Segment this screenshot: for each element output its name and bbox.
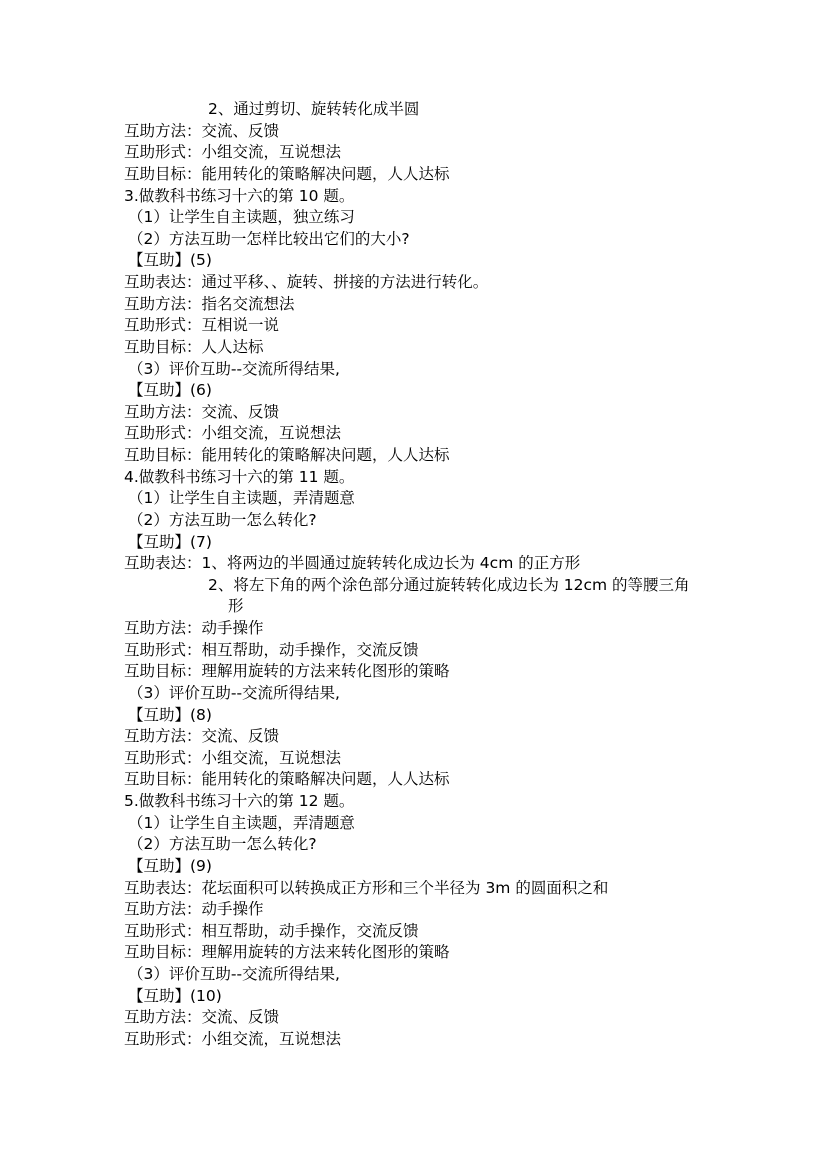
field-value: 互相说一说 xyxy=(202,316,280,334)
sub-item-line: 【互助】(5) xyxy=(124,250,724,272)
field-line: 互助方法：交流、反馈 xyxy=(124,402,724,424)
field-line: 互助形式：小组交流，互说想法 xyxy=(124,423,724,445)
field-line: 互助形式：相互帮助，动手操作，交流反馈 xyxy=(124,640,724,662)
field-line: 互助目标：理解用旋转的方法来转化图形的策略 xyxy=(124,661,724,683)
field-line: 互助方法：动手操作 xyxy=(124,899,724,921)
field-label: 互助目标： xyxy=(124,337,202,359)
field-label: 互助目标： xyxy=(124,769,202,791)
field-label: 互助形式： xyxy=(124,1029,202,1051)
field-line: 互助方法：交流、反馈 xyxy=(124,1007,724,1029)
field-value: 交流、反馈 xyxy=(202,1008,280,1026)
continuation-line: 2、通过剪切、旋转转化成半圆 xyxy=(124,99,724,121)
field-line: 互助目标：理解用旋转的方法来转化图形的策略 xyxy=(124,942,724,964)
sub-item-line: 【互助】(6) xyxy=(124,380,724,402)
field-line: 互助表达：1、将两边的半圆通过旋转转化成边长为 4cm 的正方形 xyxy=(124,553,724,575)
field-value: 理解用旋转的方法来转化图形的策略 xyxy=(202,662,450,680)
field-label: 互助目标： xyxy=(124,661,202,683)
section-heading: 3.做教科书练习十六的第 10 题。 xyxy=(124,186,724,208)
section-heading: 4.做教科书练习十六的第 11 题。 xyxy=(124,467,724,489)
sub-item-line: （3）评价互助--交流所得结果, xyxy=(124,359,724,381)
field-value: 小组交流，互说想法 xyxy=(202,143,342,161)
field-line: 互助目标：能用转化的策略解决问题，人人达标 xyxy=(124,445,724,467)
sub-item-line: （3）评价互助--交流所得结果, xyxy=(124,683,724,705)
field-value: 能用转化的策略解决问题，人人达标 xyxy=(202,770,450,788)
sub-item-line: （1）让学生自主读题，独立练习 xyxy=(124,207,724,229)
field-line: 互助形式：小组交流，互说想法 xyxy=(124,1029,724,1051)
field-label: 互助表达： xyxy=(124,878,202,900)
field-value: 通过平移、、旋转、拼接的方法进行转化。 xyxy=(202,273,489,291)
sub-item-line: （1）让学生自主读题，弄清题意 xyxy=(124,813,724,835)
field-line: 互助形式：互相说一说 xyxy=(124,315,724,337)
field-line: 互助目标：人人达标 xyxy=(124,337,724,359)
sub-item-line: 【互助】(8) xyxy=(124,705,724,727)
field-label: 互助方法： xyxy=(124,121,202,143)
field-label: 互助表达： xyxy=(124,553,202,575)
field-line: 互助表达：通过平移、、旋转、拼接的方法进行转化。 xyxy=(124,272,724,294)
field-line: 互助形式：相互帮助，动手操作，交流反馈 xyxy=(124,921,724,943)
sub-item-line: （1）让学生自主读题，弄清题意 xyxy=(124,488,724,510)
field-value: 动手操作 xyxy=(202,619,264,637)
field-label: 互助目标： xyxy=(124,942,202,964)
field-line: 互助形式：小组交流，互说想法 xyxy=(124,748,724,770)
field-value: 交流、反馈 xyxy=(202,727,280,745)
field-label: 互助方法： xyxy=(124,618,202,640)
sub-item-line: 【互助】(7) xyxy=(124,532,724,554)
section-heading: 5.做教科书练习十六的第 12 题。 xyxy=(124,791,724,813)
field-line: 互助表达：花坛面积可以转换成正方形和三个半径为 3m 的圆面积之和 xyxy=(124,878,724,900)
field-value: 花坛面积可以转换成正方形和三个半径为 3m 的圆面积之和 xyxy=(202,879,609,897)
continuation-line: 2、将左下角的两个涂色部分通过旋转转化成边长为 12cm 的等腰三角 xyxy=(124,575,724,597)
field-value: 人人达标 xyxy=(202,338,264,356)
field-label: 互助形式： xyxy=(124,142,202,164)
wrapped-line: 形 xyxy=(124,596,724,618)
field-label: 互助方法： xyxy=(124,294,202,316)
field-value: 小组交流，互说想法 xyxy=(202,749,342,767)
field-value: 小组交流，互说想法 xyxy=(202,424,342,442)
field-value: 交流、反馈 xyxy=(202,122,280,140)
sub-item-line: （3）评价互助--交流所得结果, xyxy=(124,964,724,986)
field-label: 互助目标： xyxy=(124,164,202,186)
document-page: 2、通过剪切、旋转转化成半圆互助方法：交流、反馈互助形式：小组交流，互说想法互助… xyxy=(124,99,724,1051)
field-label: 互助形式： xyxy=(124,315,202,337)
field-value: 1、将两边的半圆通过旋转转化成边长为 4cm 的正方形 xyxy=(202,554,581,572)
field-value: 相互帮助，动手操作，交流反馈 xyxy=(202,641,419,659)
field-line: 互助目标：能用转化的策略解决问题，人人达标 xyxy=(124,769,724,791)
field-line: 互助方法：指名交流想法 xyxy=(124,294,724,316)
field-value: 能用转化的策略解决问题，人人达标 xyxy=(202,446,450,464)
field-label: 互助表达： xyxy=(124,272,202,294)
field-line: 互助方法：动手操作 xyxy=(124,618,724,640)
sub-item-line: （2）方法互助一怎么转化? xyxy=(124,510,724,532)
field-line: 互助形式：小组交流，互说想法 xyxy=(124,142,724,164)
field-line: 互助方法：交流、反馈 xyxy=(124,121,724,143)
field-line: 互助目标：能用转化的策略解决问题，人人达标 xyxy=(124,164,724,186)
field-label: 互助形式： xyxy=(124,748,202,770)
field-label: 互助形式： xyxy=(124,423,202,445)
field-value: 指名交流想法 xyxy=(202,295,295,313)
field-value: 动手操作 xyxy=(202,900,264,918)
field-label: 互助方法： xyxy=(124,402,202,424)
field-value: 交流、反馈 xyxy=(202,403,280,421)
field-line: 互助方法：交流、反馈 xyxy=(124,726,724,748)
sub-item-line: （2）方法互助一怎么转化? xyxy=(124,834,724,856)
field-label: 互助方法： xyxy=(124,726,202,748)
field-value: 理解用旋转的方法来转化图形的策略 xyxy=(202,943,450,961)
sub-item-line: 【互助】(10) xyxy=(124,986,724,1008)
sub-item-line: （2）方法互助一怎样比较出它们的大小? xyxy=(124,229,724,251)
field-value: 相互帮助，动手操作，交流反馈 xyxy=(202,922,419,940)
field-value: 小组交流，互说想法 xyxy=(202,1030,342,1048)
sub-item-line: 【互助】(9) xyxy=(124,856,724,878)
field-label: 互助方法： xyxy=(124,899,202,921)
field-label: 互助形式： xyxy=(124,921,202,943)
field-label: 互助目标： xyxy=(124,445,202,467)
field-label: 互助形式： xyxy=(124,640,202,662)
field-label: 互助方法： xyxy=(124,1007,202,1029)
field-value: 能用转化的策略解决问题，人人达标 xyxy=(202,165,450,183)
